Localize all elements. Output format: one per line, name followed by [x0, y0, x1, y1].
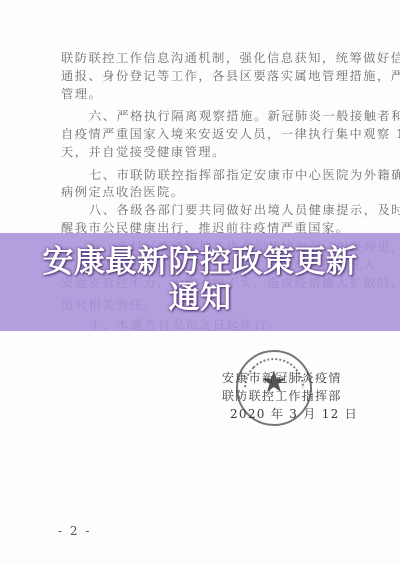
doc-line: 联防联控工作信息沟通机制，强化信息获知，统筹做好信息	[61, 51, 343, 65]
doc-line: 自疫情严重国家入境来安返安人员，一律执行集中观察 14	[61, 127, 343, 141]
doc-line: 管理。	[61, 87, 343, 101]
doc-line: 六、严格执行隔离观察措施。新冠肺炎一般接触者和来	[61, 109, 343, 123]
page-number: - 2 -	[58, 524, 91, 538]
doc-line: 七、市联防联控指挥部指定安康市中心医院为外籍确诊	[61, 168, 343, 182]
banner-title-line1: 安康最新防控政策更新	[0, 244, 400, 280]
doc-line: 天，并自觉接受健康管理。	[61, 145, 343, 159]
signature-date: 2020 年 3 月 12 日	[230, 407, 350, 421]
doc-line: 八、各级各部门要共同做好出境人员健康提示，及时提	[61, 203, 343, 217]
signature-org-line2: 联防联控工作指挥部	[222, 389, 342, 403]
banner-title-line2: 通知	[0, 280, 400, 316]
signature-org-line1: 安康市新冠肺炎疫情	[222, 371, 342, 385]
doc-line: 病例定点收治医院。	[61, 185, 343, 199]
doc-line: 通报、身份登记等工作，各县区要落实属地管理措施，严格	[61, 69, 343, 83]
banner-title: 安康最新防控政策更新 通知	[0, 244, 400, 316]
